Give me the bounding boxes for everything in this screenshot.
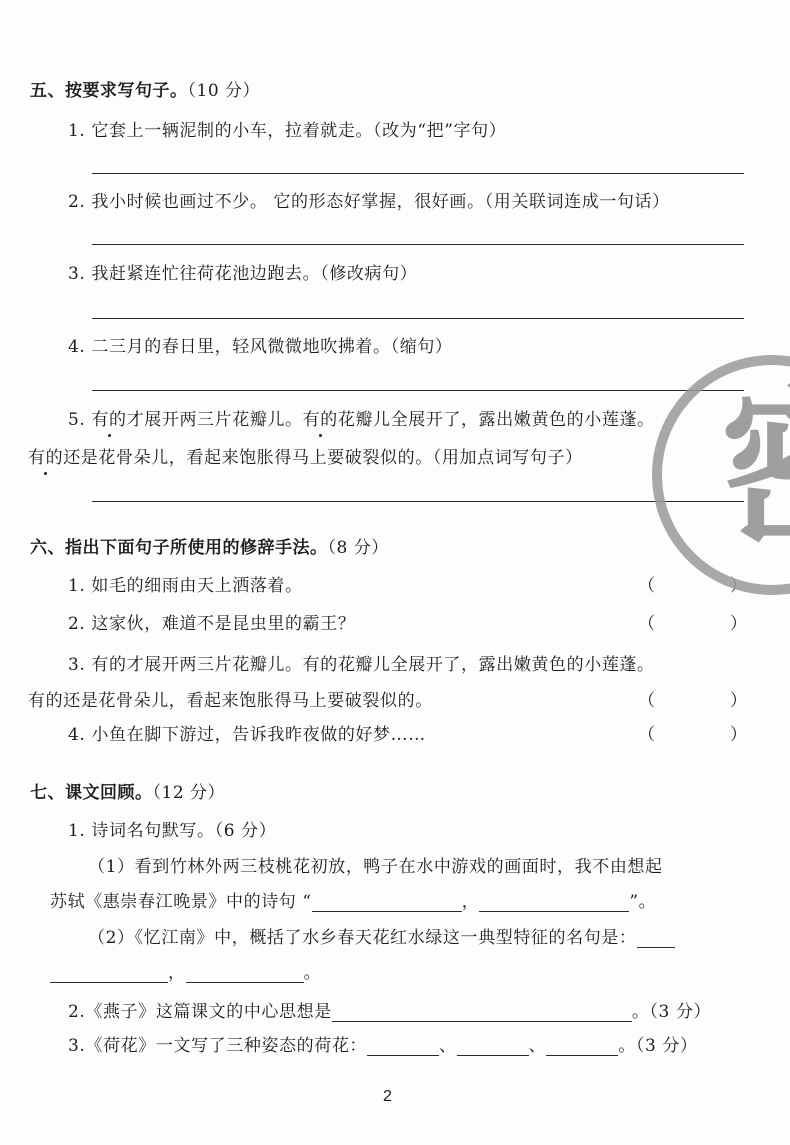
s5-question-3: 3. 我赶紧连忙往荷花池边跑去。（修改病句） [68, 259, 417, 284]
section-7-heading: 七、课文回顾。（12 分） [30, 778, 225, 803]
comma: ， [462, 892, 480, 912]
s5-q5-answer-line[interactable] [92, 501, 744, 502]
comma: ， [168, 963, 186, 983]
section-6-heading: 六、指出下面句子所使用的修辞手法。（8 分） [30, 533, 389, 558]
s5-q3-answer-line[interactable] [92, 318, 744, 319]
s7-q1-sub1-line1: （1）看到竹林外两三枝桃花初放，鸭子在水中游戏的画面时，我不由想起 [88, 852, 663, 877]
q2-prompt: 2.《燕子》这篇课文的中心思想是 [68, 1002, 332, 1022]
emphasis-dot-word: 有的 [303, 410, 338, 430]
poem-prompt: 苏轼《惠崇春江晚景》中的诗句 “ [50, 892, 312, 912]
s5-question-2: 2. 我小时候也画过不少。 它的形态好掌握，很好画。（用关联词连成一句话） [68, 187, 670, 212]
s5-q1-answer-line[interactable] [92, 173, 744, 174]
s5-q4-answer-line[interactable] [92, 390, 744, 391]
s5-question-5-line1: 5. 有的才展开两三片花瓣儿。有的花瓣儿全展开了，露出嫩黄色的小莲蓬。 [68, 405, 655, 430]
s5-question-5-line2: 有的还是花骨朵儿，看起来饱胀得马上要破裂似的。（用加点词写句子） [28, 443, 583, 468]
s6-question-4: 4. 小鱼在脚下游过，告诉我昨夜做的好梦…… [68, 720, 426, 745]
section-6-title: 六、指出下面句子所使用的修辞手法。 [30, 538, 328, 558]
lotus-pose-blank-1[interactable] [367, 1037, 439, 1056]
q5-text-rest: 花瓣儿全展开了，露出嫩黄色的小莲蓬。 [338, 410, 655, 430]
s7-q1-sub1-line2: 苏轼《惠崇春江晚景》中的诗句 “，”。 [50, 887, 656, 912]
q5-number: 5. [68, 410, 91, 430]
s6-question-2: 2. 这家伙，难道不是昆虫里的霸王？ [68, 609, 355, 634]
s6-q2-answer-open[interactable]: （ [638, 609, 655, 634]
poem-blank-2[interactable] [479, 893, 629, 912]
period: 。 [304, 963, 322, 983]
s7-q1-sub2-line2: ，。 [50, 958, 321, 983]
q3-points: 。（3 分） [618, 1036, 697, 1056]
section-5-heading: 五、按要求写句子。（10 分） [30, 76, 260, 101]
q2-points: 。（3 分） [632, 1002, 711, 1022]
q3-prompt: 3.《荷花》一文写了三种姿态的荷花： [68, 1036, 367, 1056]
separator: 、 [439, 1036, 457, 1056]
central-idea-blank[interactable] [332, 1003, 632, 1022]
famous-line-blank-start[interactable] [637, 929, 675, 948]
q5-text-mid: 才展开两三片花瓣儿。 [127, 410, 303, 430]
s7-question-1-title: 1. 诗词名句默写。（6 分） [68, 816, 276, 841]
poem-blank-1[interactable] [312, 893, 462, 912]
confidential-stamp: 密 [652, 355, 790, 595]
s6-q2-answer-close: ） [730, 609, 747, 634]
s6-q4-answer-close: ） [730, 720, 747, 745]
lotus-pose-blank-2[interactable] [457, 1037, 529, 1056]
famous-line-blank-1[interactable] [50, 964, 168, 983]
stamp-char-mi: 密 [720, 385, 790, 555]
s6-q1-answer-open[interactable]: （ [638, 571, 655, 596]
section-5-title: 五、按要求写句子。 [30, 81, 188, 101]
s5-q2-answer-line[interactable] [92, 244, 744, 245]
s6-q4-answer-open[interactable]: （ [638, 720, 655, 745]
page-number: 2 [383, 1088, 392, 1106]
s7-question-2: 2.《燕子》这篇课文的中心思想是。（3 分） [68, 997, 711, 1022]
s5-question-4: 4. 二三月的春日里，轻风微微地吹拂着。（缩句） [68, 332, 453, 357]
emphasis-dot-word: 有的 [91, 410, 126, 430]
s6-q3-answer-close: ） [730, 686, 747, 711]
section-7-points: （12 分） [153, 783, 226, 803]
s6-question-3-line1: 3. 有的才展开两三片花瓣儿。有的花瓣儿全展开了，露出嫩黄色的小莲蓬。 [68, 650, 655, 675]
quote-close: ”。 [629, 892, 656, 912]
emphasis-dot-word: 有的 [28, 448, 63, 468]
sub2-prompt: （2）《忆江南》中，概括了水乡春天花红水绿这一典型特征的名句是： [88, 928, 637, 948]
s7-question-3: 3.《荷花》一文写了三种姿态的荷花：、、。（3 分） [68, 1031, 698, 1056]
separator: 、 [529, 1036, 547, 1056]
s6-question-1: 1. 如毛的细雨由天上洒落着。 [68, 571, 303, 596]
section-5-points: （10 分） [188, 81, 261, 101]
section-6-points: （8 分） [328, 538, 389, 558]
famous-line-blank-2[interactable] [186, 964, 304, 983]
dotted-word: 有的 [91, 410, 126, 430]
s7-q1-sub2-line1: （2）《忆江南》中，概括了水乡春天花红水绿这一典型特征的名句是： [88, 923, 675, 948]
s6-question-3-line2: 有的还是花骨朵儿，看起来饱胀得马上要破裂似的。 [28, 686, 433, 711]
section-7-title: 七、课文回顾。 [30, 783, 153, 803]
q5-text-line2: 还是花骨朵儿，看起来饱胀得马上要破裂似的。（用加点词写句子） [63, 448, 583, 468]
s6-q3-answer-open[interactable]: （ [638, 686, 655, 711]
s5-question-1: 1. 它套上一辆泥制的小车，拉着就走。（改为“把”字句） [68, 116, 506, 141]
exam-page: 五、按要求写句子。（10 分） 1. 它套上一辆泥制的小车，拉着就走。（改为“把… [0, 0, 790, 1145]
lotus-pose-blank-3[interactable] [546, 1037, 618, 1056]
